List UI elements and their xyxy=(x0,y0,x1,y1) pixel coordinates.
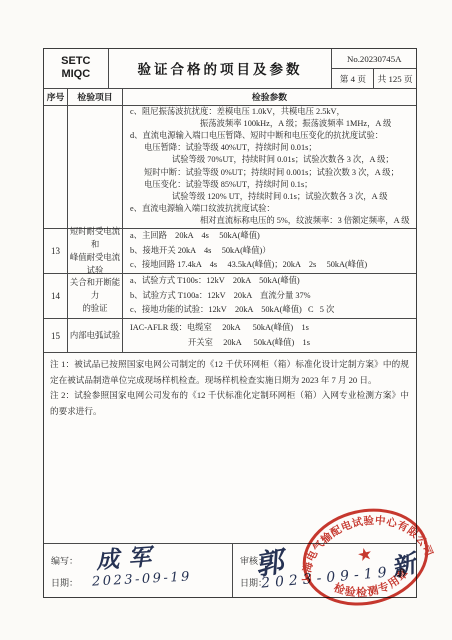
writer-date-label: 日期： xyxy=(51,576,78,589)
document-number: No.20230745A xyxy=(332,49,416,69)
page-total: 共 125 页 xyxy=(374,69,416,88)
item-14: 关合和开断能力 的验证 xyxy=(68,274,123,318)
setc-miqc-logo: SETC MIQC xyxy=(44,49,109,88)
param-line: a、试验方式 T100s：12kV 20kA 50kA(峰值) xyxy=(126,274,413,288)
param-line: 振荡波频率 100kHz，A 级；振荡波频率 1MHz，A 级 xyxy=(126,118,413,130)
writer-label: 编写： xyxy=(51,554,78,567)
table-column-headers: 序号 检验项目 检验参数 xyxy=(44,89,416,106)
page-title: 验证合格的项目及参数 xyxy=(109,49,333,88)
param-line: 电压变化：试验等级 85%UT，持续时间 0.1s； xyxy=(126,179,413,191)
param-line: 开关室 20kA 50kA(峰值) 1s xyxy=(126,336,413,350)
logo-line1: SETC xyxy=(61,55,90,68)
header-right-block: No.20230745A 第 4 页 共 125 页 xyxy=(332,49,416,88)
col-header-serial: 序号 xyxy=(44,89,68,105)
page-indicator: 第 4 页 共 125 页 xyxy=(332,69,416,88)
param-line: c、阻尼振荡波抗扰度：差模电压 1.0kV，共模电压 2.5kV， xyxy=(126,106,413,118)
serial-15: 15 xyxy=(44,319,68,353)
param-line: IAC-AFLR 级：电缆室 20kA 50kA(峰值) 1s xyxy=(126,321,413,335)
reviewer-cell: 审核： 郭 新 日期： 2023-09-19 xyxy=(233,544,416,597)
table-row-13: 13 短时耐受电流和 峰值耐受电流 试验 a、主回路 20kA 4s 50kA(… xyxy=(44,229,416,274)
params-13: a、主回路 20kA 4s 50kA(峰值)b、接地开关 20kA 4s 50k… xyxy=(123,229,416,273)
serial-13: 13 xyxy=(44,229,68,273)
param-line: 试验等级 70%UT，持续时间 0.01s；试验次数各 3 次，A 级； xyxy=(126,154,413,166)
item-cell-empty xyxy=(68,106,123,228)
param-line: a、主回路 20kA 4s 50kA(峰值) xyxy=(126,229,413,243)
note-2: 注 2：试验参照国家电网公司发布的《12 千伏标准化定制环网柜（箱）入网专业检测… xyxy=(50,388,409,419)
notes-section: 注 1：被试品已按照国家电网公司制定的《12 千伏环网柜（箱）标准化设计定制方案… xyxy=(44,353,416,544)
table-row-15: 15 内部电弧试验 IAC-AFLR 级：电缆室 20kA 50kA(峰值) 1… xyxy=(44,319,416,354)
params-continuation: c、阻尼振荡波抗扰度：差模电压 1.0kV，共模电压 2.5kV，振荡波频率 1… xyxy=(123,106,416,228)
note-1: 注 1：被试品已按照国家电网公司制定的《12 千伏环网柜（箱）标准化设计定制方案… xyxy=(50,357,409,388)
param-line: b、试验方式 T100a：12kV 20kA 直流分量 37% xyxy=(126,289,413,303)
item-13: 短时耐受电流和 峰值耐受电流 试验 xyxy=(68,229,123,273)
param-line: 试验等级 120% UT，持续时间 0.1s；试验次数各 3 次，A 级 xyxy=(126,191,413,203)
logo-line2: MIQC xyxy=(61,68,90,81)
document-page: SETC MIQC 验证合格的项目及参数 No.20230745A 第 4 页 … xyxy=(0,0,452,640)
verification-report-table: SETC MIQC 验证合格的项目及参数 No.20230745A 第 4 页 … xyxy=(43,48,417,598)
params-15: IAC-AFLR 级：电缆室 20kA 50kA(峰值) 1s开关室 20kA … xyxy=(123,319,416,353)
param-line: e、直流电源输入端口纹波抗扰度试验： xyxy=(126,203,413,215)
param-line: b、接地开关 20kA 4s 50kA(峰值)） xyxy=(126,244,413,258)
writer-cell: 编写： 成军 日期： 2023-09-19 xyxy=(44,544,233,597)
param-line: d、直流电源输入端口电压暂降、短时中断和电压变化的抗扰度试验： xyxy=(126,130,413,142)
col-header-item: 检验项目 xyxy=(68,89,123,105)
serial-cell-empty xyxy=(44,106,68,228)
item-15: 内部电弧试验 xyxy=(68,319,123,353)
param-line: 相对直流标称电压的 5%，纹波频率：3 倍额定频率，A 级 xyxy=(126,215,413,227)
writer-signature: 成军 xyxy=(95,538,161,575)
table-row-continuation: c、阻尼振荡波抗扰度：差模电压 1.0kV，共模电压 2.5kV，振荡波频率 1… xyxy=(44,106,416,229)
col-header-params: 检验参数 xyxy=(123,89,416,105)
report-header: SETC MIQC 验证合格的项目及参数 No.20230745A 第 4 页 … xyxy=(44,49,416,89)
param-line: c、接地功能的试验：12kV 20kA 50kA(峰值) C 5 次 xyxy=(126,303,413,317)
signature-block: 编写： 成军 日期： 2023-09-19 审核： 郭 新 日期： 2023-0… xyxy=(44,544,416,597)
param-line: 电压暂降：试验等级 40%UT，持续时间 0.01s； xyxy=(126,142,413,154)
serial-14: 14 xyxy=(44,274,68,318)
table-row-14: 14 关合和开断能力 的验证 a、试验方式 T100s：12kV 20kA 50… xyxy=(44,274,416,319)
page-current: 第 4 页 xyxy=(332,69,374,88)
param-line: 短时中断：试验等级 0%UT；持续时间 0.001s；试验次数 3 次，A 级； xyxy=(126,167,413,179)
param-line: c、接地回路 17.4kA 4s 43.5kA(峰值)；20kA 2s 50kA… xyxy=(126,258,413,272)
params-14: a、试验方式 T100s：12kV 20kA 50kA(峰值)b、试验方式 T1… xyxy=(123,274,416,318)
